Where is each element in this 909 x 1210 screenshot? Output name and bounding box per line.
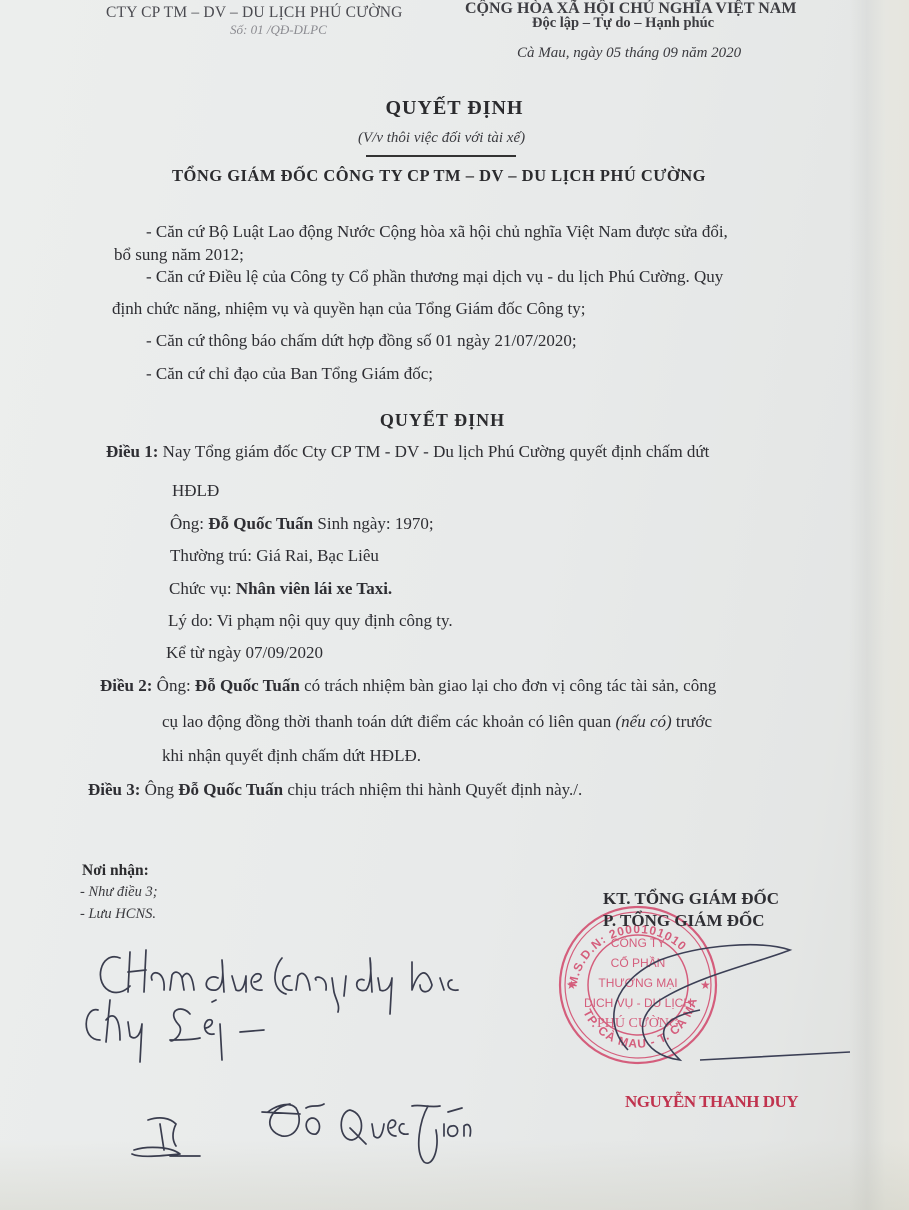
- article-3: Điều 3: Ông Đỗ Quốc Tuấn chịu trách nhiệ…: [88, 780, 582, 800]
- person-birth: Sinh ngày: 1970;: [317, 514, 433, 533]
- company-header: CTY CP TM – DV – DU LỊCH PHÚ CƯỜNG: [106, 4, 403, 22]
- signer-title-1: KT. TỔNG GIÁM ĐỐC: [603, 889, 779, 909]
- article-2-line2: cụ lao động đồng thời thanh toán dứt điể…: [162, 712, 712, 732]
- svg-text:TP. CÀ MAU - T. CÀ MAU: TP. CÀ MAU - T. CÀ MAU: [580, 974, 700, 1051]
- person-prefix: Ông:: [170, 514, 204, 533]
- svg-text:★: ★: [700, 978, 711, 992]
- basis-3: - Căn cứ thông báo chấm dứt hợp đồng số …: [146, 331, 577, 351]
- article-2-text1: có trách nhiệm bàn giao lại cho đơn vị c…: [304, 676, 716, 695]
- person-name: Đỗ Quốc Tuấn: [195, 676, 300, 695]
- document-number: Số: 01 /QĐ-DLPC: [230, 22, 327, 38]
- article-2-line1: Điều 2: Ông: Đỗ Quốc Tuấn có trách nhiệm…: [100, 676, 716, 696]
- svg-text:★: ★: [566, 978, 577, 992]
- receivers-title: Nơi nhận:: [82, 862, 149, 880]
- basis-1-line2: bổ sung năm 2012;: [114, 245, 244, 265]
- article-2-label: Điều 2:: [100, 676, 152, 695]
- stamp-outer-bottom: TP. CÀ MAU - T. CÀ MAU: [580, 974, 700, 1051]
- issuing-authority: TỔNG GIÁM ĐỐC CÔNG TY CP TM – DV – DU LỊ…: [172, 166, 706, 186]
- director-signature: [614, 945, 850, 1060]
- article-1-effective: Kể từ ngày 07/09/2020: [166, 643, 323, 663]
- person-prefix: Ông: [145, 780, 174, 799]
- decision-title: QUYẾT ĐỊNH: [0, 410, 897, 431]
- article-1-person: Ông: Đỗ Quốc Tuấn Sinh ngày: 1970;: [170, 514, 434, 534]
- person-name: Đỗ Quốc Tuấn: [208, 514, 313, 533]
- article-2-text2-italic: (nếu có): [615, 712, 671, 731]
- article-1-line1: Điều 1: Nay Tổng giám đốc Cty CP TM - DV…: [106, 442, 709, 462]
- article-2-text2b: trước: [676, 712, 712, 731]
- signer-title-2: P. TỔNG GIÁM ĐỐC: [603, 911, 765, 931]
- stamp-line: CÔNG TY: [611, 935, 665, 950]
- article-3-label: Điều 3:: [88, 780, 140, 799]
- svg-text:M.S.D.N: 2000101010: M.S.D.N: 2000101010: [565, 922, 689, 988]
- article-1-label: Điều 1:: [106, 442, 158, 461]
- position-label: Chức vụ:: [169, 579, 232, 598]
- stamp-outer-top: M.S.D.N: 2000101010: [565, 922, 689, 988]
- stamp-line: CỔ PHẦN: [611, 955, 666, 970]
- stamp-line: PHÚ CƯỜNG: [597, 1014, 679, 1031]
- article-1-residence: Thường trú: Giá Rai, Bạc Liêu: [170, 546, 379, 566]
- article-1-position: Chức vụ: Nhân viên lái xe Taxi.: [169, 579, 392, 599]
- subtitle-underline: [366, 155, 516, 157]
- article-3-text: chịu trách nhiệm thi hành Quyết định này…: [287, 780, 582, 799]
- person-name: Đỗ Quốc Tuấn: [178, 780, 283, 799]
- basis-2-line2: định chức năng, nhiệm vụ và quyền hạn củ…: [112, 299, 585, 319]
- person-prefix: Ông:: [157, 676, 191, 695]
- signer-name: NGUYỄN THANH DUY: [625, 1092, 798, 1112]
- article-1-text-cont: HĐLĐ: [172, 481, 219, 501]
- article-1-text: Nay Tổng giám đốc Cty CP TM - DV - Du lị…: [163, 442, 710, 461]
- article-2-line3: khi nhận quyết định chấm dứt HĐLĐ.: [162, 746, 421, 766]
- basis-1-line1: - Căn cứ Bộ Luật Lao động Nước Cộng hòa …: [146, 222, 728, 242]
- stamp-line: THƯƠNG MẠI: [598, 976, 677, 990]
- document-title: QUYẾT ĐỊNH: [0, 97, 909, 120]
- document-subtitle: (V/v thôi việc đối với tài xế): [358, 130, 525, 147]
- basis-4: - Căn cứ chỉ đạo của Ban Tổng Giám đốc;: [146, 364, 433, 384]
- stamp-line: DỊCH VỤ - DU LỊCH: [584, 996, 692, 1010]
- basis-2-line1: - Căn cứ Điều lệ của Công ty Cổ phần thư…: [146, 267, 723, 287]
- place-date: Cà Mau, ngày 05 tháng 09 năm 2020: [517, 45, 741, 62]
- national-motto: Độc lập – Tự do – Hạnh phúc: [532, 15, 714, 32]
- receiver-item: - Lưu HCNS.: [80, 906, 156, 923]
- article-1-reason: Lý do: Vi phạm nội quy quy định công ty.: [168, 611, 453, 631]
- article-2-text2a: cụ lao động đồng thời thanh toán dứt điể…: [162, 712, 611, 731]
- receiver-item: - Như điều 3;: [80, 884, 158, 901]
- paper-bottom-shadow: [0, 1140, 909, 1210]
- paper-fold-shadow: [849, 0, 909, 1210]
- position-value: Nhân viên lái xe Taxi.: [236, 579, 392, 598]
